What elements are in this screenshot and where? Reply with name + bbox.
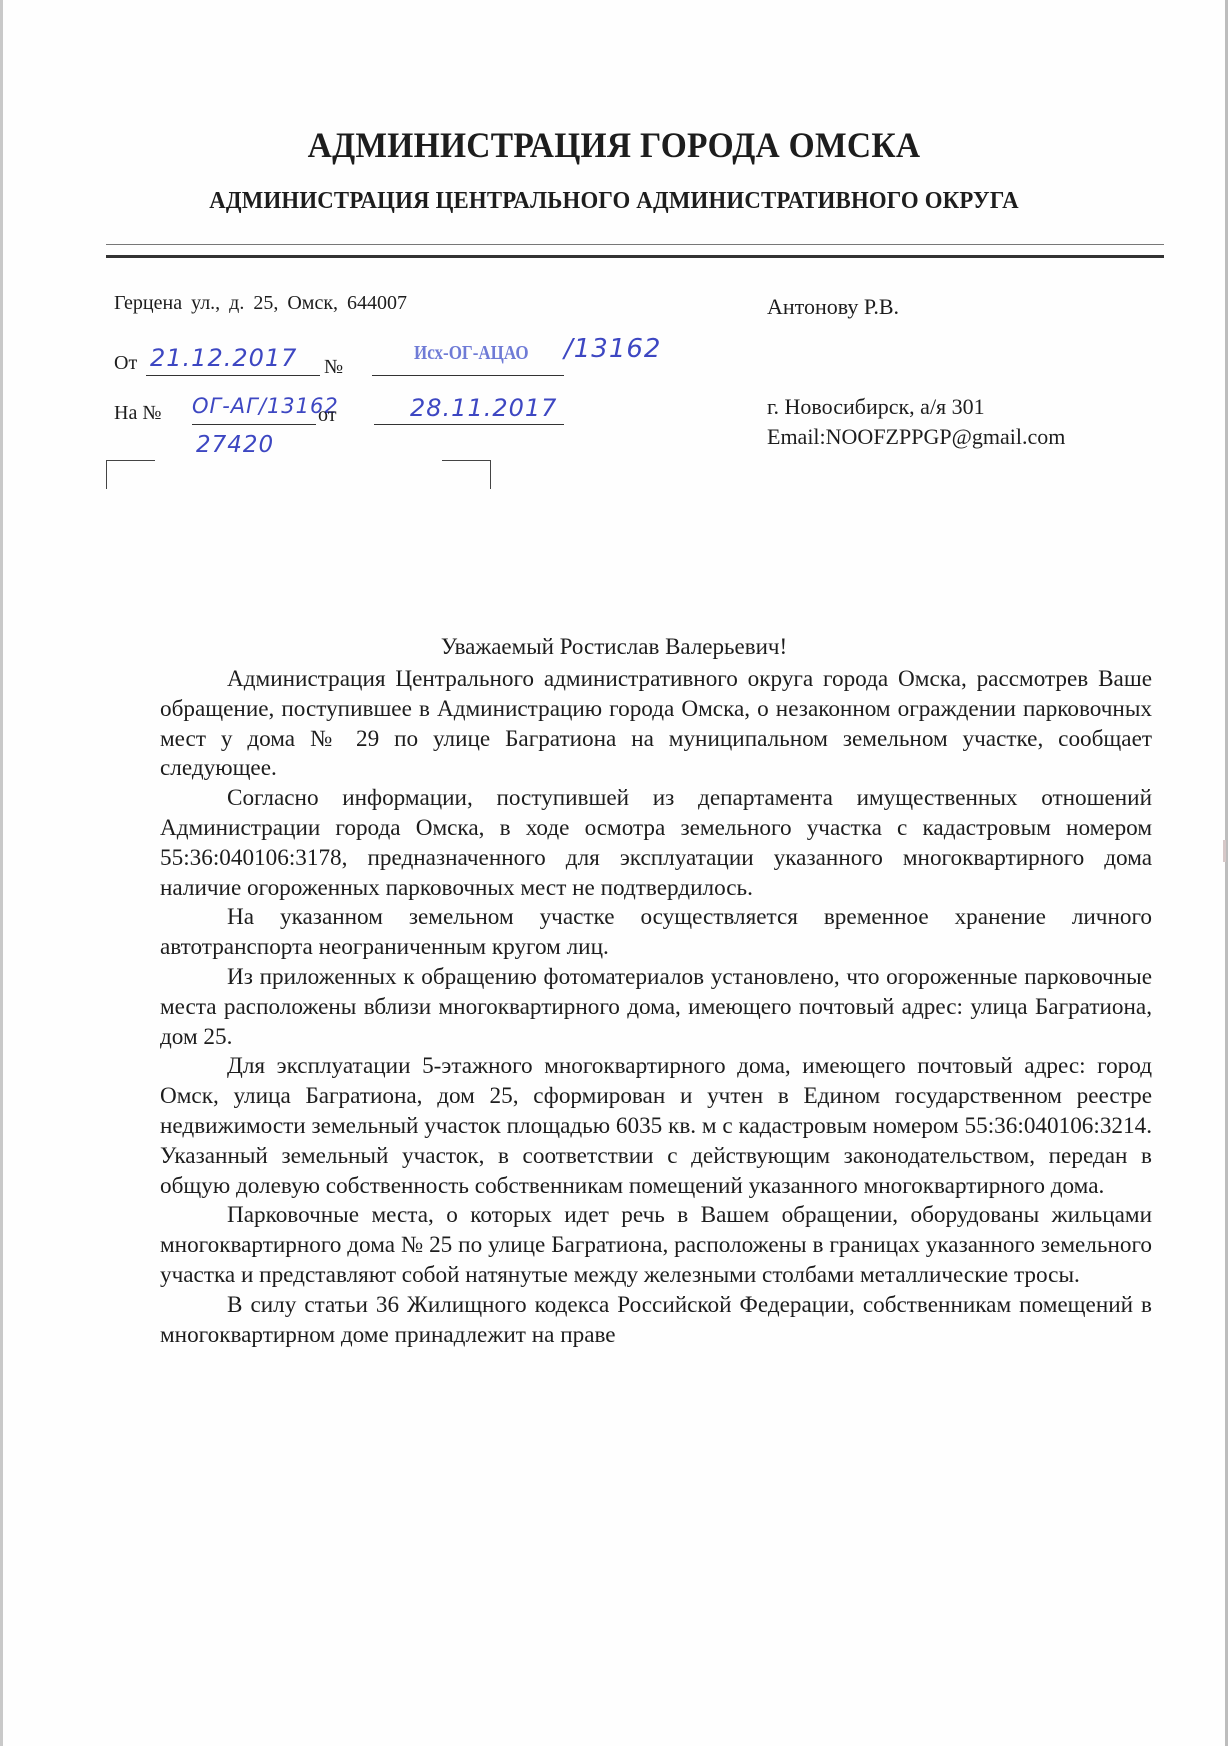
body-paragraph: На указанном земельном участке осуществл… <box>160 903 1152 963</box>
scanned-letter-page: АДМИНИСТРАЦИЯ ГОРОДА ОМСКА АДМИНИСТРАЦИЯ… <box>0 0 1228 1746</box>
from-date-underline <box>146 375 320 376</box>
header-divider-thick <box>106 255 1164 258</box>
number-underline <box>372 375 564 376</box>
number-label: № <box>324 356 343 379</box>
reply-to-underline <box>192 424 316 425</box>
body-paragraph: Парковочные места, о которых идет речь в… <box>160 1201 1152 1290</box>
sender-address: Герцена ул., д. 25, Омск, 644007 <box>114 292 407 315</box>
reply-date-underline <box>374 424 564 425</box>
recipient-name: Антонову Р.В. <box>767 294 899 320</box>
body-paragraph: Для эксплуатации 5-этажного многоквартир… <box>160 1052 1152 1201</box>
body-paragraph: Администрация Центрального административ… <box>160 665 1152 784</box>
recipient-email: Email:NOOFZPPGP@gmail.com <box>767 424 1065 450</box>
handwritten-reply-number: ОГ-АГ/13162 <box>192 394 339 418</box>
handwritten-outgoing-number: /13162 <box>564 334 661 364</box>
handwritten-extra-number: 27420 <box>196 432 274 458</box>
body-paragraph: В силу статьи 36 Жилищного кодекса Росси… <box>160 1291 1152 1351</box>
reply-date-label: от <box>318 404 336 427</box>
reply-to-label: На № <box>114 402 161 425</box>
scan-artifact <box>1223 840 1226 862</box>
scan-edge-left <box>0 0 3 1746</box>
from-label: От <box>114 352 137 375</box>
address-window-corner-left <box>106 460 155 489</box>
body-paragraph: Согласно информации, поступившей из депа… <box>160 784 1152 903</box>
salutation: Уважаемый Ростислав Валерьевич! <box>0 634 1228 660</box>
recipient-city: г. Новосибирск, а/я 301 <box>767 394 985 420</box>
organization-title: АДМИНИСТРАЦИЯ ГОРОДА ОМСКА <box>43 124 1185 166</box>
body-paragraph: Из приложенных к обращению фотоматериало… <box>160 963 1152 1052</box>
letter-body: Администрация Центрального административ… <box>160 665 1152 1350</box>
organization-subtitle: АДМИНИСТРАЦИЯ ЦЕНТРАЛЬНОГО АДМИНИСТРАТИВ… <box>31 188 1198 215</box>
header-divider-thin <box>106 244 1164 245</box>
outgoing-stamp: Исх-ОГ-АЦАО <box>414 342 529 365</box>
handwritten-reply-date: 28.11.2017 <box>410 394 557 422</box>
address-window-corner-right <box>442 460 491 489</box>
handwritten-from-date: 21.12.2017 <box>150 344 297 372</box>
